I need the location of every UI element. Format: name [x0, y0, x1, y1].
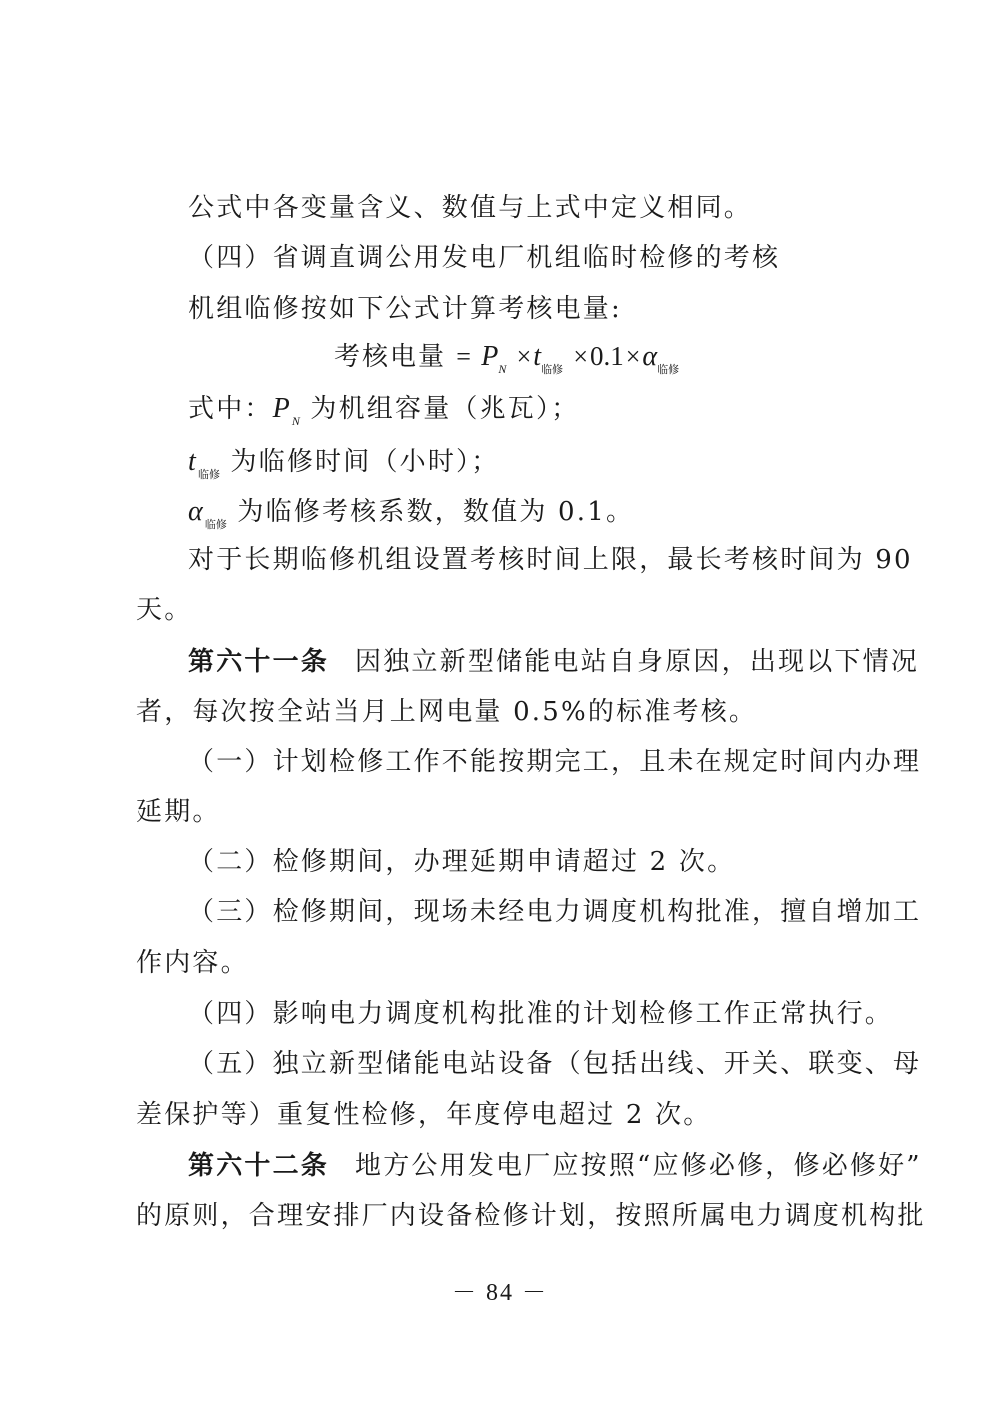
formula-alpha: α [642, 341, 657, 372]
definition-prefix: 式中： [188, 394, 273, 424]
paragraph-line: 的原则，合理安排厂内设备检修计划，按照所属电力调度机构批 [136, 1200, 926, 1232]
var-alpha-sub: 临修 [205, 518, 227, 531]
formula-p-sub: N [498, 362, 506, 376]
article-62: 第六十二条地方公用发电厂应按照“应修必修，修必修好” [188, 1150, 922, 1182]
var-alpha: α [188, 496, 205, 527]
section-heading: （四）省调直调公用发电厂机组临时检修的考核 [188, 242, 780, 274]
article-heading: 第六十二条 [188, 1151, 329, 1181]
formula-equals: = [454, 342, 473, 371]
variable-definition: α临修 为临修考核系数，数值为 0.1。 [188, 496, 634, 541]
formula-lhs: 考核电量 [334, 342, 446, 372]
assessment-formula: 考核电量 = PN ×t临修 ×0.1×α临修 [334, 340, 679, 386]
definition-text: 为临修时间（小时）； [230, 447, 499, 477]
formula-times: × [571, 342, 590, 371]
var-t-sub: 临修 [198, 468, 220, 481]
article-heading: 第六十一条 [188, 647, 329, 677]
paragraph-line: 对于长期临修机组设置考核时间上限，最长考核时间为 90 [188, 544, 913, 576]
formula-p: P [481, 341, 498, 372]
list-item: （三）检修期间，现场未经电力调度机构批准，擅自增加工 [188, 896, 921, 928]
page-number: － 84 － [0, 1272, 1000, 1307]
paragraph-line: 者，每次按全站当月上网电量 0.5%的标准考核。 [136, 696, 757, 728]
list-item: （一）计划检修工作不能按期完工，且未在规定时间内办理 [188, 746, 921, 778]
list-item: （二）检修期间，办理延期申请超过 2 次。 [188, 846, 735, 878]
var-p-sub: N [292, 414, 300, 428]
variable-definition: t临修 为临修时间（小时）； [188, 446, 499, 491]
formula-times: × [515, 342, 534, 371]
article-text: 因独立新型储能电站自身原因，出现以下情况 [355, 647, 919, 677]
formula-coef: 0.1 [590, 341, 624, 371]
formula-t-sub: 临修 [541, 363, 563, 376]
paragraph-line: 公式中各变量含义、数值与上式中定义相同。 [188, 192, 752, 224]
formula-alpha-sub: 临修 [657, 363, 679, 376]
formula-t: t [533, 341, 541, 372]
paragraph-line: 天。 [136, 594, 192, 626]
definition-text: 为临修考核系数，数值为 0.1。 [237, 497, 634, 527]
paragraph-line: 机组临修按如下公式计算考核电量: [188, 293, 622, 325]
article-61: 第六十一条因独立新型储能电站自身原因，出现以下情况 [188, 646, 919, 678]
var-p: P [273, 393, 292, 424]
definition-text: 为机组容量（兆瓦）； [310, 394, 579, 424]
list-item: （五）独立新型储能电站设备（包括出线、开关、联变、母 [188, 1048, 921, 1080]
paragraph-line: 作内容。 [136, 947, 249, 979]
formula-times: × [624, 342, 643, 371]
paragraph-line: 差保护等）重复性检修，年度停电超过 2 次。 [136, 1099, 711, 1131]
variable-definition: 式中：PN 为机组容量（兆瓦）； [188, 393, 579, 437]
article-text: 地方公用发电厂应按照“应修必修，修必修好” [355, 1151, 922, 1181]
paragraph-line: 延期。 [136, 796, 221, 828]
document-page: 公式中各变量含义、数值与上式中定义相同。 （四）省调直调公用发电厂机组临时检修的… [0, 0, 1000, 1414]
list-item: （四）影响电力调度机构批准的计划检修工作正常执行。 [188, 998, 893, 1030]
var-t: t [188, 446, 198, 477]
